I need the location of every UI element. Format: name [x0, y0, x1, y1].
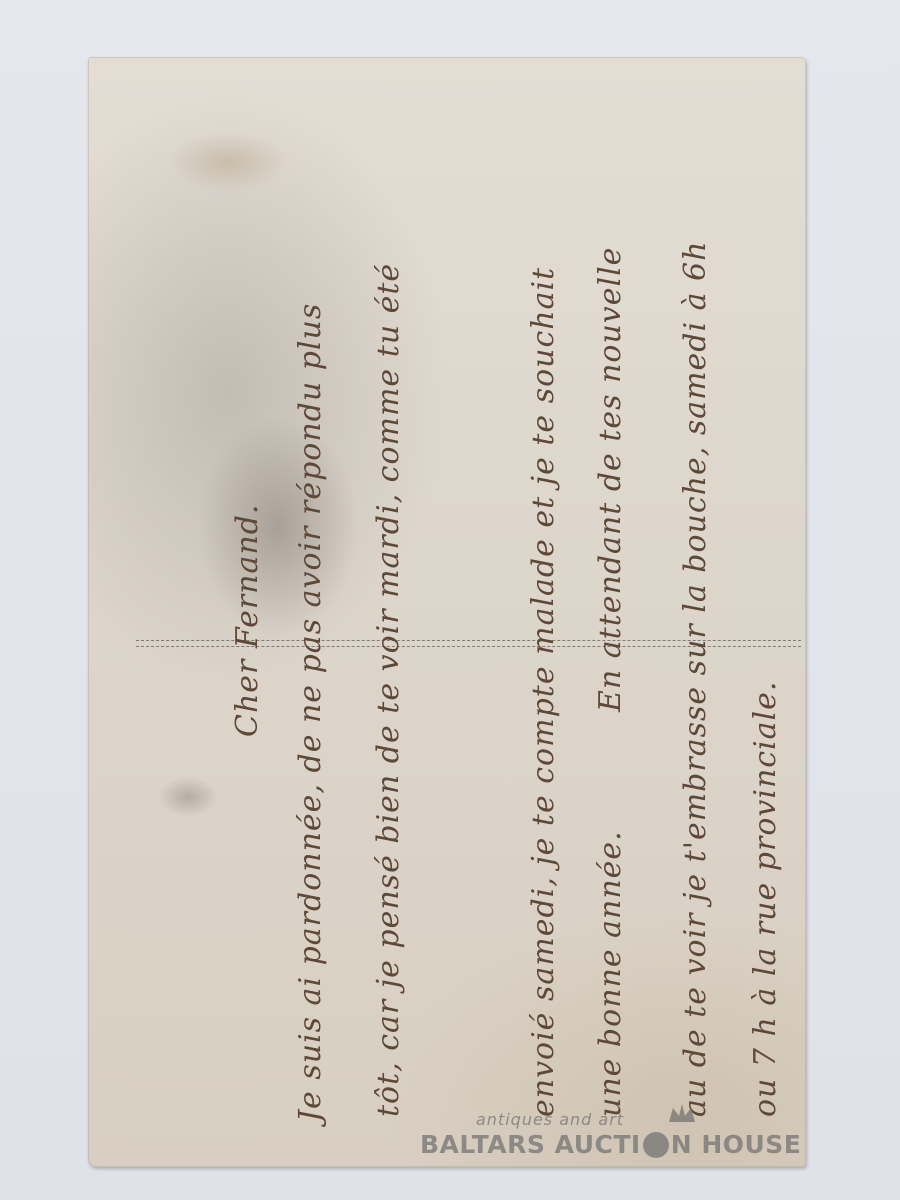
postcard-back: Cher Fernand. Je suis ai pardonnée, de n…: [88, 57, 806, 1167]
handwritten-line-3: envoié samedi, je te compte malade et je…: [526, 267, 561, 1117]
handwritten-salutation: Cher Fernand.: [230, 504, 265, 737]
watermark-subtitle: antiques and art: [476, 1110, 624, 1129]
auction-house-watermark: antiques and art BALTARS AUCTIN HOUSE: [420, 1110, 820, 1170]
handwritten-line-1: Je suis ai pardonnée, de ne pas avoir ré…: [293, 303, 328, 1122]
crown-icon: [667, 1102, 697, 1124]
handwritten-line-5: En attendant de tes nouvelle: [593, 247, 628, 712]
watermark-coin-icon: [643, 1132, 669, 1158]
handwritten-line-2: tôt, car je pensé bien de te voir mardi,…: [371, 263, 406, 1117]
watermark-title-left: BALTARS AUCTI: [420, 1130, 641, 1159]
handwritten-line-7: ou 7 h à la rue provinciale.: [748, 681, 783, 1117]
watermark-title: BALTARS AUCTIN HOUSE: [420, 1130, 801, 1159]
handwritten-line-6: au de te voir je t'embrasse sur la bouch…: [678, 241, 713, 1117]
handwritten-line-4: une bonne année.: [593, 830, 628, 1117]
watermark-title-right: N HOUSE: [671, 1130, 802, 1159]
